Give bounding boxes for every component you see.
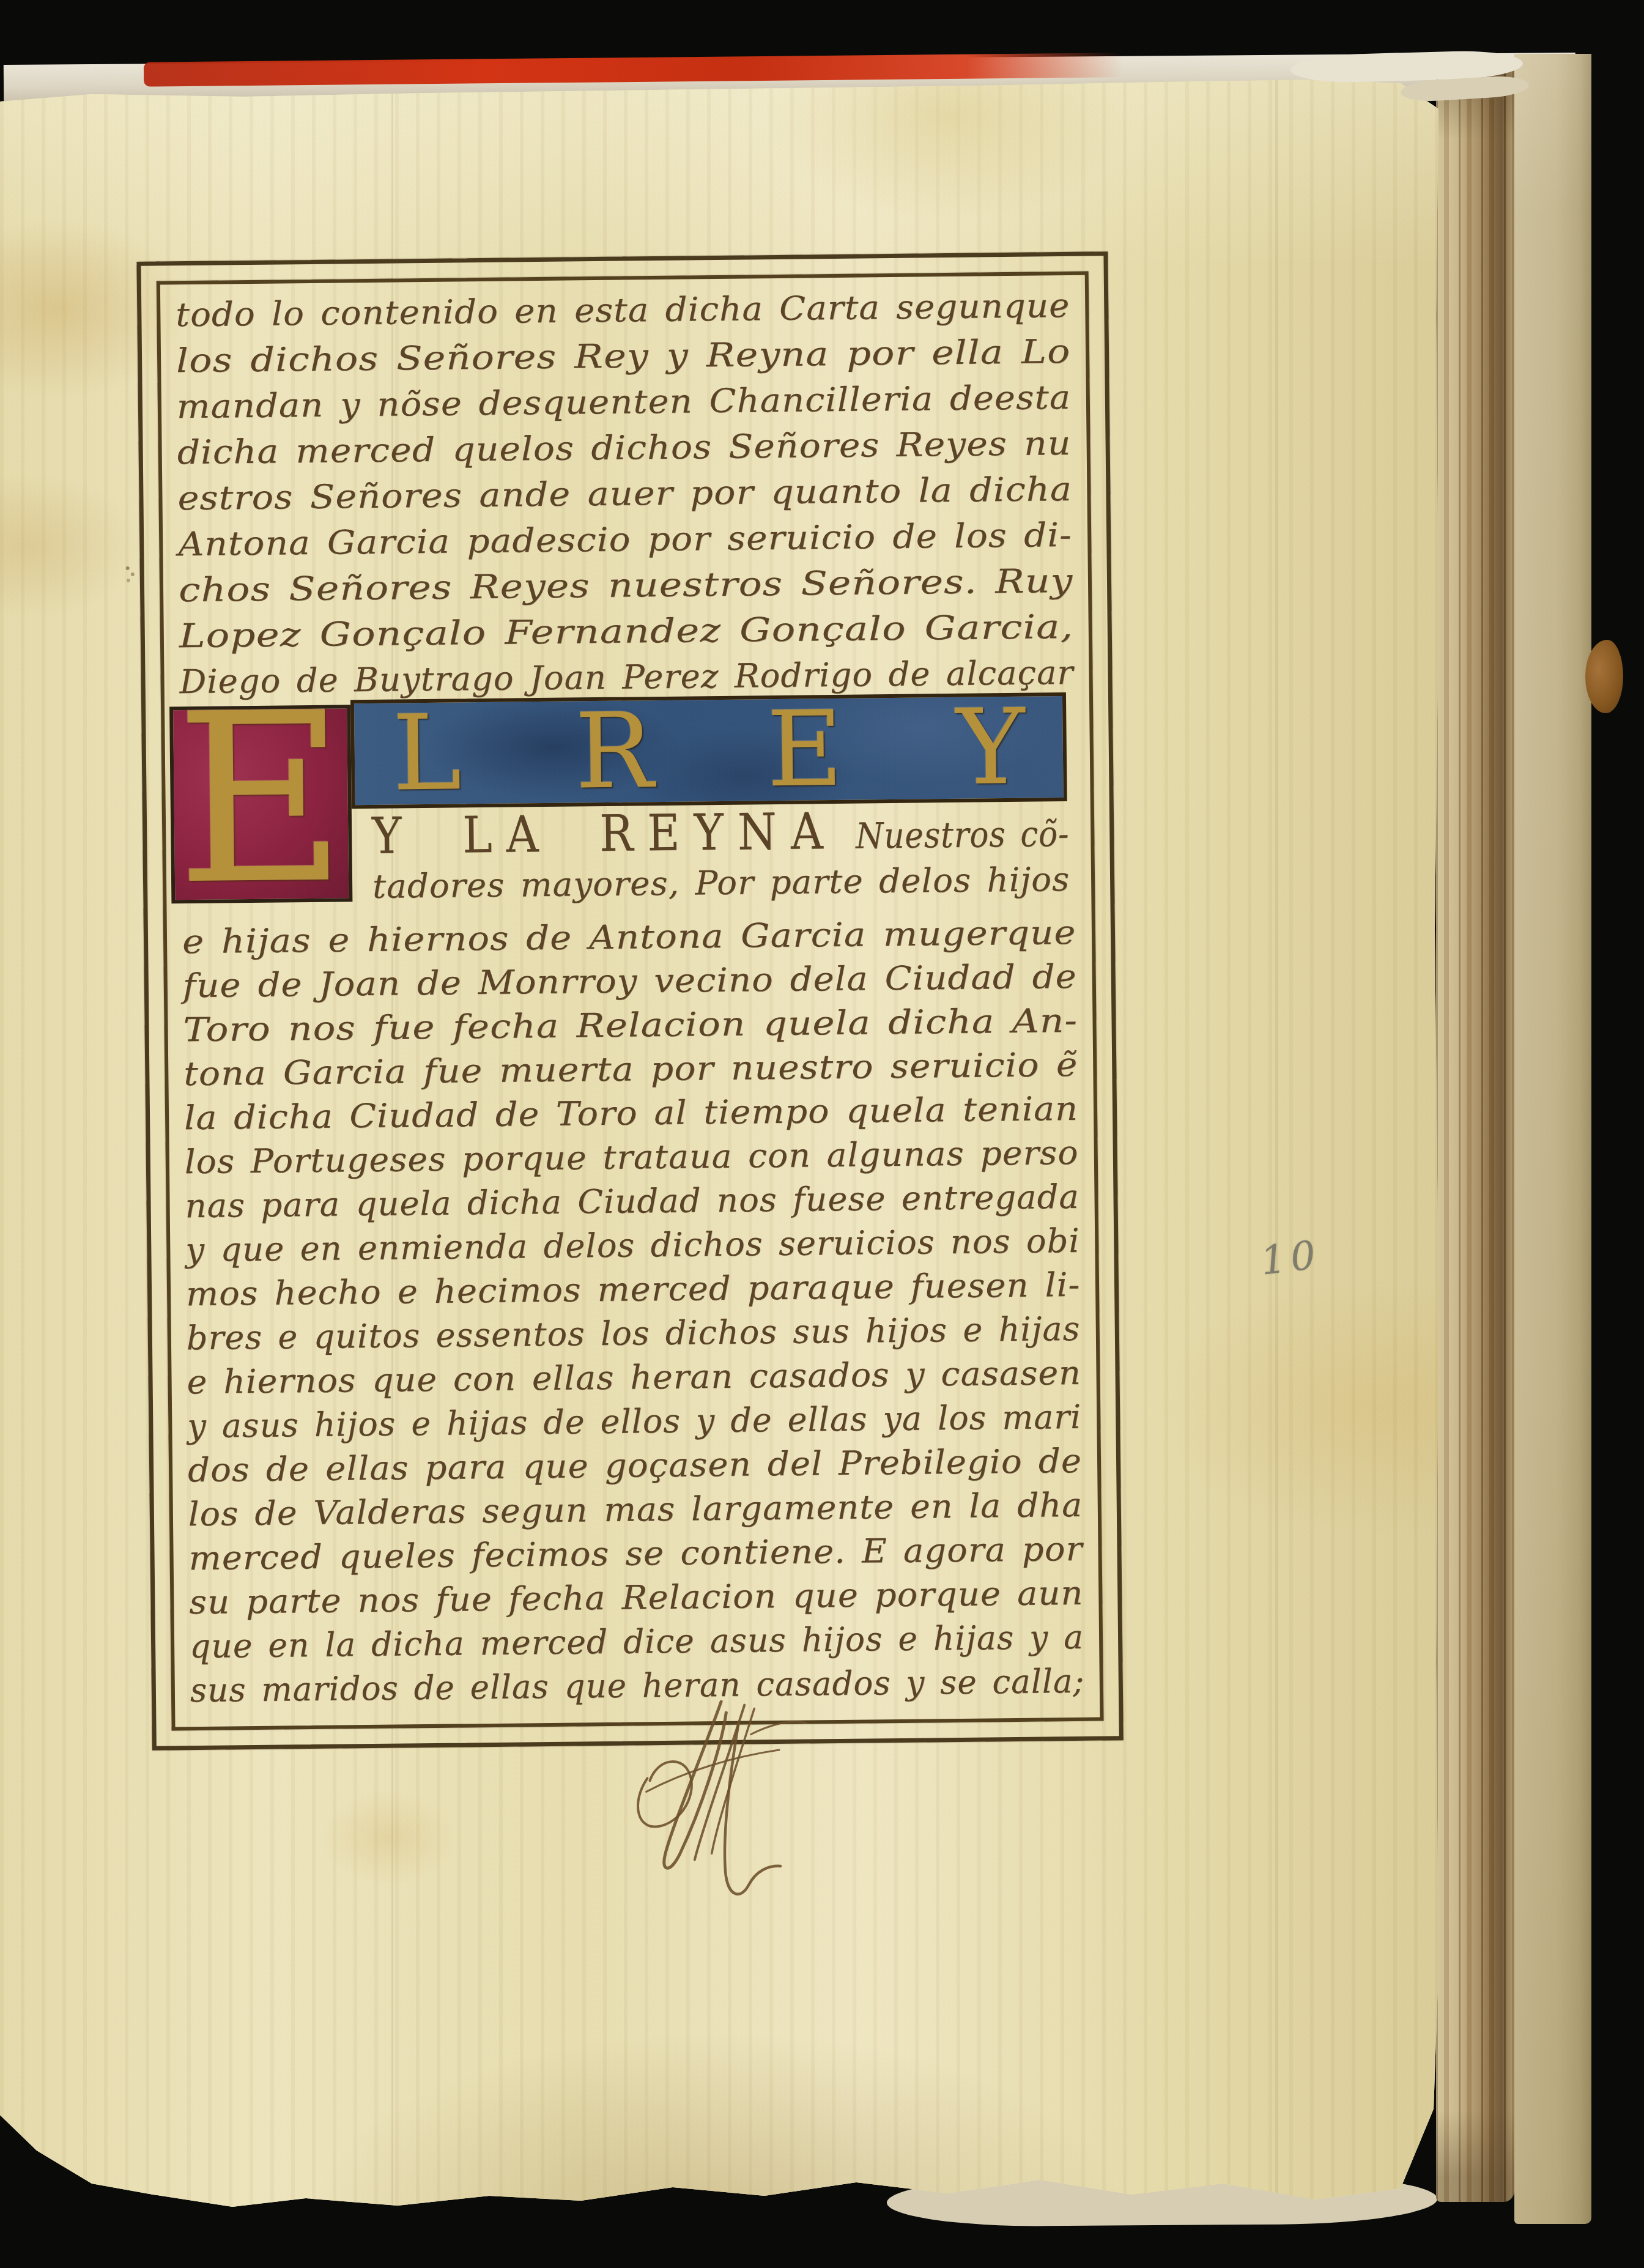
banner-letter: L	[392, 704, 462, 802]
manuscript-line: todo lo contenido en esta dicha Carta se…	[176, 284, 1070, 337]
script-text: Nuestros cõ-	[856, 813, 1070, 857]
banner-letter: R	[575, 702, 654, 801]
banner-letter: Y	[956, 699, 1026, 797]
manuscript-line: los dichos Señores Rey y Reyna por ella …	[176, 330, 1071, 383]
illuminated-initial-panel: E	[169, 705, 352, 903]
manuscript-line: Lopez Gonçalo Fernandez Gonçalo Garcia,	[179, 605, 1073, 658]
manuscript-line: Antona Garcia padescio por seruicio de l…	[178, 513, 1072, 566]
illuminated-initial-E: E	[174, 662, 348, 936]
fore-edge-page-stack	[1436, 66, 1514, 2202]
margin-mark	[126, 566, 130, 570]
page-content: todo lo contenido en esta dicha Carta se…	[0, 65, 1451, 2233]
leather-clasp	[1585, 640, 1623, 713]
manuscript-line: estros Señores ande auer por quanto la d…	[177, 467, 1072, 521]
banner-letter: E	[766, 700, 843, 799]
back-cover-edge	[1514, 54, 1591, 2224]
el-rey-banner: LREY	[350, 692, 1067, 809]
reyna-continuation-lines: Y LA REYNANuestros cõ- tadores mayores, …	[372, 807, 1076, 915]
text-block-lower: e hijas e hiernos de Antona Garcia muger…	[182, 911, 1086, 1713]
manuscript-line: chos Señores Reyes nuestros Señores. Ruy	[179, 559, 1073, 612]
manuscript-line: tadores mayores, Por parte delos hijos	[372, 858, 1070, 909]
folio-number: 10	[1259, 1232, 1323, 1284]
manuscript-line: Y LA REYNANuestros cõ-	[372, 807, 1070, 864]
manuscript-line: mandan y nõse desquenten Chancilleria de…	[177, 376, 1072, 429]
manuscript-page: todo lo contenido en esta dicha Carta se…	[0, 72, 1438, 2225]
photo-stage: todo lo contenido en esta dicha Carta se…	[0, 0, 1644, 2268]
manuscript-line: dicha merced quelos dichos Señores Reyes…	[177, 421, 1071, 475]
text-block-upper: todo lo contenido en esta dicha Carta se…	[176, 284, 1076, 706]
signature-rubric	[624, 1699, 810, 1921]
